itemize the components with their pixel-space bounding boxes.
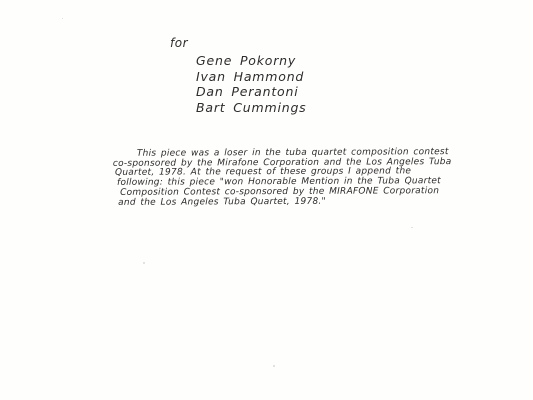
scan-speck (143, 262, 145, 264)
contest-note-paragraph: This piece was a loser in the tuba quart… (113, 148, 452, 208)
dedicatee-name: Dan Perantoni (196, 84, 307, 100)
dedicatee-name: Gene Pokorny (196, 53, 307, 69)
dedicatee-name: Bart Cummings (196, 100, 307, 116)
dedicatee-name: Ivan Hammond (196, 69, 307, 85)
scanned-page: for Gene Pokorny Ivan Hammond Dan Perant… (0, 0, 533, 400)
scan-speck (411, 227, 413, 228)
note-line: and the Los Angeles Tuba Quartet, 1978." (118, 197, 452, 208)
dedication-for-label: for (170, 36, 188, 50)
scan-speck (273, 365, 275, 367)
scan-speck (62, 18, 63, 19)
dedicatee-name-list: Gene Pokorny Ivan Hammond Dan Perantoni … (196, 53, 307, 115)
